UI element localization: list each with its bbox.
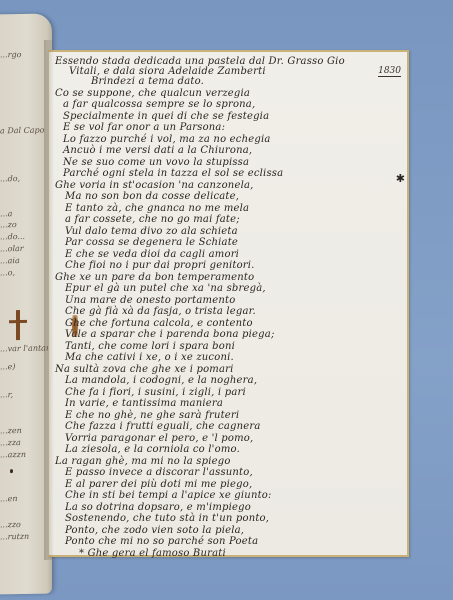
manuscript-line: Che fazza i frutti eguali, che cagnera [49, 422, 407, 432]
manuscript-line: Tanti, che come lori i spara boni [49, 342, 407, 352]
manuscript-line: La so dotrina dopsaro, e m'impiego [49, 503, 407, 513]
manuscript-line: Co se suppone, che qualcun verzegia [49, 89, 407, 99]
manuscript-line: E al parer dei più doti mi me piego, [49, 480, 407, 490]
manuscript-line: Ma no son bon da cosse delicate, [49, 192, 407, 202]
manuscript-line: Ancuò i me versi dati a la Chiurona, [49, 146, 407, 156]
manuscript-line: E che se veda dioi da cagli amori [49, 250, 407, 260]
left-page-fragment: ...rutzn [0, 532, 29, 542]
gutter-shadow [44, 40, 54, 560]
manuscript-line: Brindezi a tema dato. [49, 77, 407, 87]
manuscript-line: E passo invece a discorar l'assunto, [49, 468, 407, 478]
manuscript-line: E che no ghè, ne ghe sarà fruteri [49, 411, 407, 421]
left-page-fragment: ...aia [0, 256, 20, 265]
manuscript-line: a far cossete, che no go mai fate; [49, 215, 407, 225]
manuscript-line: Vale a sparar che i parenda bona piega; [49, 330, 407, 340]
manuscript-line: Vorria paragonar el pero, e 'l pomo, [49, 434, 407, 444]
manuscript-line: La mandola, i codogni, e la noghera, [49, 376, 407, 386]
left-page-fragment: ...zen [0, 426, 22, 435]
left-page-fragment: ...zza [0, 438, 21, 447]
left-page-fragment: ...olar [0, 244, 24, 253]
left-page-fragment: ...a [0, 209, 12, 218]
left-page-fragment: ...do, [0, 174, 20, 183]
manuscript-line: Ne se suo come un vovo la stupissa [49, 158, 407, 168]
manuscript-line: Parché ogni stela in tazza el sol se ecl… [49, 169, 407, 179]
manuscript-line: Epur el gà un putel che xa 'na sbregà, [49, 284, 407, 294]
ink-blot [10, 469, 13, 473]
manuscript-line: Ponto, che zodo vien soto la piela, [49, 526, 407, 536]
manuscript-line: Che in sti bei tempi a l'apice xe giunto… [49, 491, 407, 501]
manuscript-line: Vul dalo tema divo zo ala schieta [49, 227, 407, 237]
manuscript-line: Ma che cativi i xe, o i xe zuconi. [49, 353, 407, 363]
manuscript-line: E se vol far onor a un Parsona: [49, 123, 407, 133]
manuscript-line: La ziesola, e la corniola co l'omo. [49, 445, 407, 455]
left-page-fragment: ...var l'antar [0, 343, 50, 353]
manuscript-line: La ragan ghè, ma mi no la spiego [49, 457, 407, 467]
manuscript-line: Ponto che mi no so parché son Poeta [49, 537, 407, 547]
manuscript-line: Ghe che fortuna calcola, e contento [49, 319, 407, 329]
manuscript-line: a far qualcossa sempre se lo sprona, [49, 100, 407, 110]
manuscript-line: Una mare de onesto portamento [49, 296, 407, 306]
left-page-fragment: ...azzn [0, 450, 26, 459]
manuscript-line: In varie, e tantissima maniera [49, 399, 407, 409]
left-page-fragment: ...o, [0, 268, 15, 277]
manuscript-line: Na sultà zova che ghe xe i pomari [49, 365, 407, 375]
left-page-fragment: ...zo [0, 220, 17, 229]
manuscript-line: Che fioi no i pur dai propri genitori. [49, 261, 407, 271]
left-page-fragment: ...r, [0, 390, 13, 399]
manuscript-line: Ghe xe un pare da bon temperamento [49, 273, 407, 283]
left-page-fragment: ...e) [0, 362, 15, 371]
left-page-fragment: ...do... [0, 232, 25, 241]
manuscript-page: 1830 ✱ Essendo stada dedicada una pastel… [48, 50, 409, 557]
left-page-fragment: ...rgo [0, 50, 21, 59]
manuscript-line: Che fa i fiori, i susini, i zigli, i par… [49, 388, 407, 398]
left-page-fragment: a Dal Capo [0, 126, 44, 136]
manuscript-line: Ghe voria in st'ocasion 'na canzonela, [49, 181, 407, 191]
left-page-fragment: ...en [0, 494, 18, 503]
manuscript-line: Specialmente in quei di che se festegia [49, 112, 407, 122]
left-page-fragment: ...zzo [0, 520, 21, 529]
manuscript-line: * Ghe gera el famoso Burati [49, 549, 407, 559]
manuscript-line: Sostenendo, che tuto stà in t'un ponto, [49, 514, 407, 524]
manuscript-line: Par cossa se degenera le Schiate [49, 238, 407, 248]
manuscript-line: E tanto zà, che gnanca no me mela [49, 204, 407, 214]
manuscript-line: Che gà fià xà da fasja, o trista legar. [49, 307, 407, 317]
cross-mark [16, 310, 20, 340]
manuscript-line: Lo fazzo purché i vol, ma za no echegia [49, 135, 407, 145]
